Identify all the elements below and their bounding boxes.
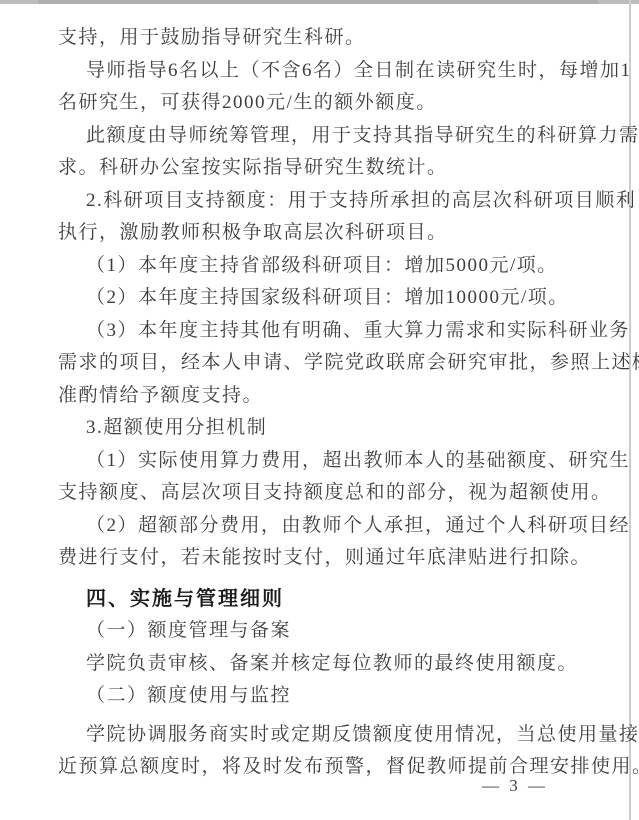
subsection-heading: （二）额度使用与监控 (58, 680, 578, 713)
text-line: （1）实际使用算力费用，超出教师本人的基础额度、研究生 (58, 445, 578, 478)
page-top-edge-shadow (38, 0, 598, 4)
text-line: （3）本年度主持其他有明确、重大算力需求和实际科研业务 (58, 315, 578, 348)
text-line: （1）本年度主持省部级科研项目：增加5000元/项。 (58, 250, 578, 283)
document-body: 支持，用于鼓励指导研究生科研。 导师指导6名以上（不含6名）全日制在读研究生时，… (58, 22, 578, 784)
text-line: 导师指导6名以上（不含6名）全日制在读研究生时，每增加1 (58, 55, 578, 88)
text-line: 学院负责审核、备案并核定每位教师的最终使用额度。 (58, 648, 578, 681)
page-number: — 3 — (0, 776, 548, 796)
text-line: 需求的项目，经本人申请、学院党政联席会研究审批，参照上述标 (58, 347, 578, 380)
text-line: 此额度由导师统筹管理，用于支持其指导研究生的科研算力需 (58, 120, 578, 153)
text-line: 名研究生，可获得2000元/生的额外额度。 (58, 87, 578, 120)
text-line: 准酌情给予额度支持。 (58, 380, 578, 413)
text-line: 2.科研项目支持额度：用于支持所承担的高层次科研项目顺利 (58, 185, 578, 218)
text-line: 执行，激励教师积极争取高层次科研项目。 (58, 217, 578, 250)
subsection-heading: （一）额度管理与备案 (58, 615, 578, 648)
text-line: 支持，用于鼓励指导研究生科研。 (58, 22, 578, 55)
page-top-edge (0, 0, 639, 4)
text-line: （2）超额部分费用，由教师个人承担，通过个人科研项目经 (58, 510, 578, 543)
page-right-edge (629, 0, 631, 820)
text-line: （2）本年度主持国家级科研项目：增加10000元/项。 (58, 282, 578, 315)
document-page: 支持，用于鼓励指导研究生科研。 导师指导6名以上（不含6名）全日制在读研究生时，… (0, 0, 639, 820)
text-line: 学院协调服务商实时或定期反馈额度使用情况，当总使用量接 (58, 719, 578, 752)
text-line: 费进行支付，若未能按时支付，则通过年底津贴进行扣除。 (58, 542, 578, 575)
text-line: 3.超额使用分担机制 (58, 412, 578, 445)
text-line: 支持额度、高层次项目支持额度总和的部分，视为超额使用。 (58, 477, 578, 510)
text-line: 求。科研办公室按实际指导研究生数统计。 (58, 152, 578, 185)
section-heading: 四、实施与管理细则 (58, 583, 578, 616)
